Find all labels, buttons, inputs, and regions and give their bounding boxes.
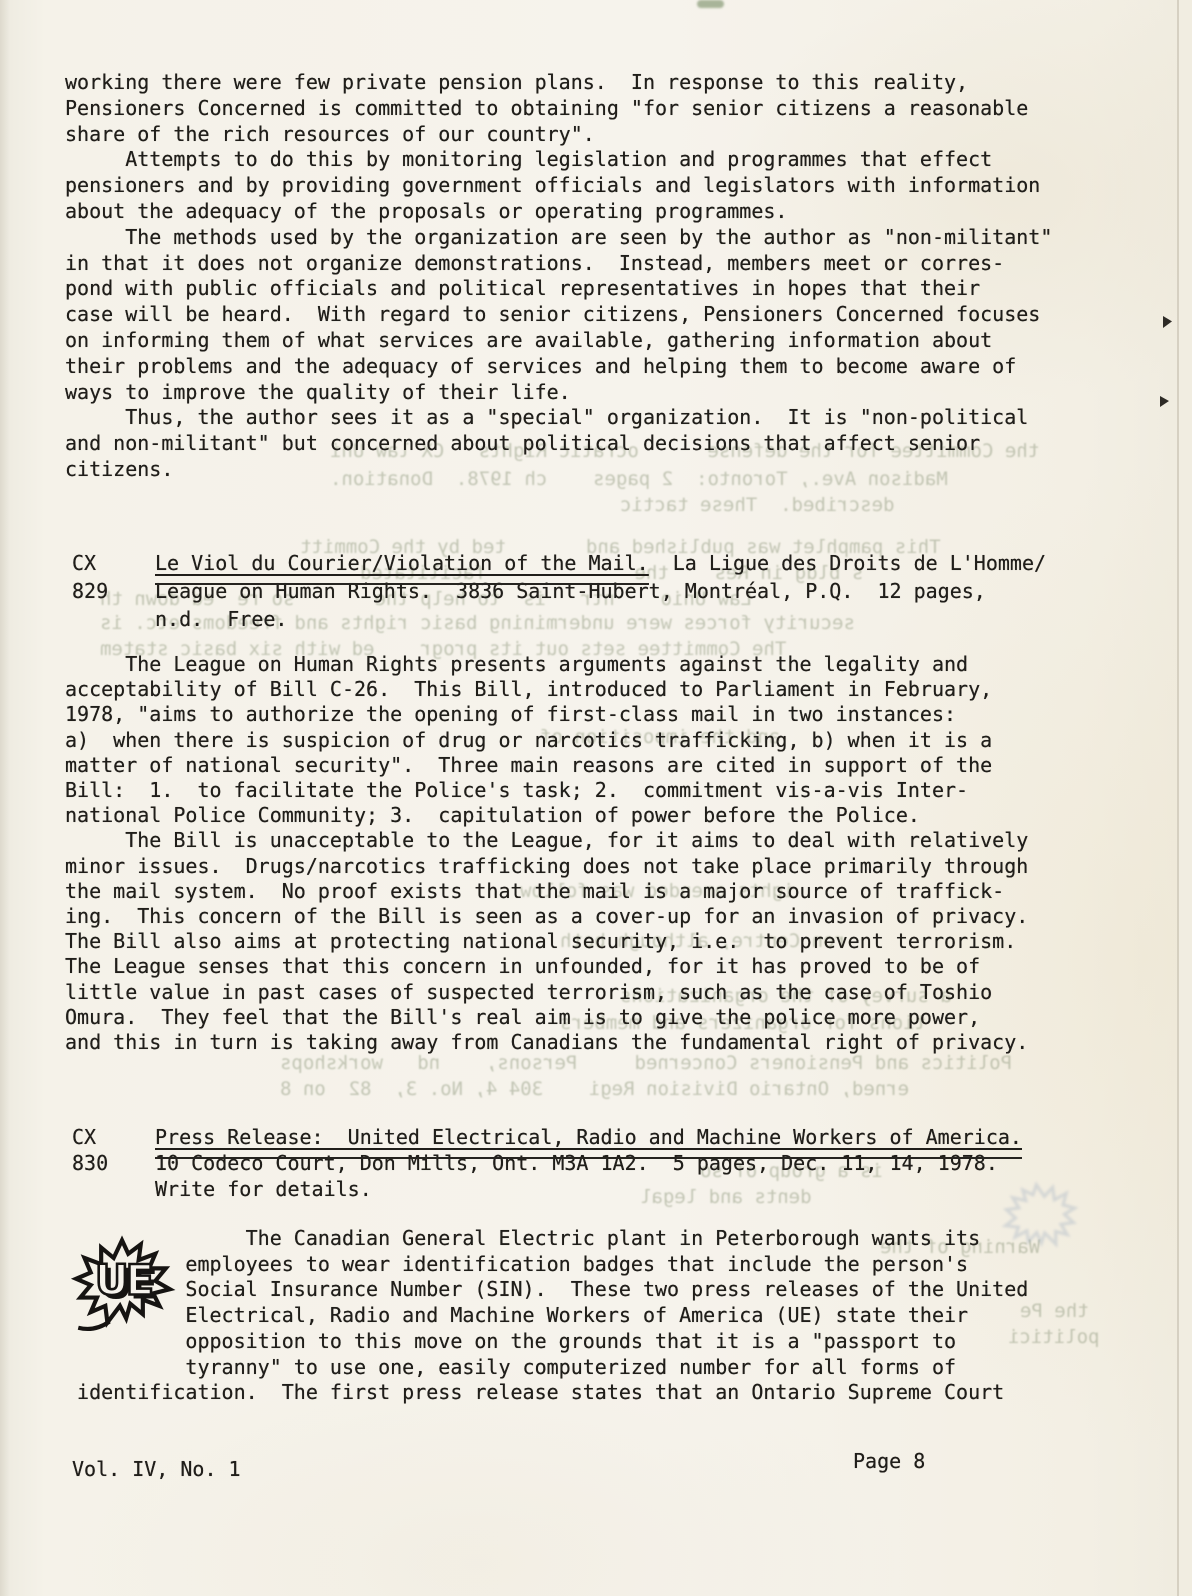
text-line: Bill: 1. to facilitate the Police's task… xyxy=(65,778,1028,803)
intro-paragraphs: working there were few private pension p… xyxy=(65,70,1052,483)
text-line: and non-militant" but concerned about po… xyxy=(65,431,1052,457)
page-right-margin xyxy=(1179,0,1192,1596)
bleedthrough-text: erned, Ontario Division Regi 304 4, No. … xyxy=(280,1078,909,1100)
cx-label: CX xyxy=(72,1124,108,1150)
text-line: The Bill also aims at protecting nationa… xyxy=(65,929,1028,954)
entry-cx829-description: The League on Human Rights presents argu… xyxy=(65,652,1028,1055)
text-line: and this in turn is taking away from Can… xyxy=(65,1030,1028,1055)
bleedthrough-text: the Pe xyxy=(1020,1300,1089,1322)
cx-number: 829 xyxy=(72,577,108,605)
cx-number: 830 xyxy=(72,1150,108,1176)
text-line: ing. This concern of the Bill is seen as… xyxy=(65,904,1028,929)
entry-title: Press Release: United Electrical, Radio … xyxy=(155,1125,1022,1149)
bleedthrough-text: Politics and Pensioners Concerned Person… xyxy=(280,1052,1012,1074)
text-line: national Police Community; 3. capitulati… xyxy=(65,803,1028,828)
text-line: Thus, the author sees it as a "special" … xyxy=(65,405,1052,431)
entry-cx830-code: CX 830 xyxy=(72,1124,108,1176)
footer-page-number: Page 8 xyxy=(853,1449,925,1473)
scan-speck xyxy=(1163,316,1172,328)
text-line: a) when there is suspicion of drug or na… xyxy=(65,728,1028,753)
text-line: working there were few private pension p… xyxy=(65,70,1052,96)
entry-address-line: League on Human Rights. 3836 Saint-Huber… xyxy=(155,577,1046,605)
text-line: their problems and the adequacy of servi… xyxy=(65,354,1052,380)
bleedthrough-text: described. These tactic xyxy=(620,494,895,516)
entry-address-line: 10 Codeco Court, Don Mills, Ont. M3A 1A2… xyxy=(155,1150,1022,1176)
text-line: identification. The first press release … xyxy=(65,1380,1028,1406)
entry-cx829-code: CX 829 xyxy=(72,549,108,605)
text-line: Pensioners Concerned is committed to obt… xyxy=(65,96,1052,122)
text-line: The Bill is unacceptable to the League, … xyxy=(65,828,1028,853)
text-line: Attempts to do this by monitoring legisl… xyxy=(65,147,1052,173)
entry-title-line: Le Viol du Courier/Violation of the Mail… xyxy=(155,549,1046,577)
text-line: pensioners and by providing government o… xyxy=(65,173,1052,199)
text-line: The League on Human Rights presents argu… xyxy=(65,652,1028,677)
entry-cx829-heading: Le Viol du Courier/Violation of the Mail… xyxy=(155,549,1046,633)
text-line: about the adequacy of the proposals or o… xyxy=(65,199,1052,225)
text-line: in that it does not organize demonstrati… xyxy=(65,251,1052,277)
text-line: pond with public officials and political… xyxy=(65,276,1052,302)
text-line: The methods used by the organization are… xyxy=(65,225,1052,251)
text-line: opposition to this move on the grounds t… xyxy=(65,1329,1028,1355)
footer-volume: Vol. IV, No. 1 xyxy=(72,1457,241,1481)
text-line: citizens. xyxy=(65,457,1052,483)
text-line: ways to improve the quality of their lif… xyxy=(65,380,1052,406)
text-line: the mail system. No proof exists that th… xyxy=(65,879,1028,904)
text-line: employees to wear identification badges … xyxy=(65,1252,1028,1278)
text-line: Social Insurance Number (SIN). These two… xyxy=(65,1277,1028,1303)
text-line: The Canadian General Electric plant in P… xyxy=(65,1226,1028,1252)
text-line: Electrical, Radio and Machine Workers of… xyxy=(65,1303,1028,1329)
ue-letters: UE xyxy=(95,1255,152,1304)
text-line: Omura. They feel that the Bill's real ai… xyxy=(65,1005,1028,1030)
green-ink-smudge xyxy=(697,0,724,8)
scan-speck xyxy=(1160,396,1169,407)
text-line: matter of national security". Three main… xyxy=(65,753,1028,778)
text-line: 1978, "aims to authorize the opening of … xyxy=(65,702,1028,727)
ue-union-logo: UE UE xyxy=(64,1234,180,1334)
maple-leaf-stem xyxy=(78,1322,109,1329)
text-line: minor issues. Drugs/narcotics traffickin… xyxy=(65,854,1028,879)
cx-label: CX xyxy=(72,549,108,577)
entry-cx830-heading: Press Release: United Electrical, Radio … xyxy=(155,1124,1022,1202)
text-line: acceptability of Bill C-26. This Bill, i… xyxy=(65,677,1028,702)
page-edge-line xyxy=(1177,0,1179,1596)
entry-note-line: Write for details. xyxy=(155,1176,1022,1202)
text-line: tyranny" to use one, easily computerized… xyxy=(65,1355,1028,1381)
entry-title-line: Press Release: United Electrical, Radio … xyxy=(155,1124,1022,1150)
text-line: little value in past cases of suspected … xyxy=(65,980,1028,1005)
text-line: case will be heard. With regard to senio… xyxy=(65,302,1052,328)
entry-cx830-description: The Canadian General Electric plant in P… xyxy=(65,1226,1028,1406)
text-line: on informing them of what services are a… xyxy=(65,328,1052,354)
document-page: the Committee for the defense ocratic Ri… xyxy=(0,0,1192,1596)
entry-price-line: n.d. Free. xyxy=(155,605,1046,633)
text-line: The League senses that this concern in u… xyxy=(65,954,1028,979)
entry-publisher: La Ligue des Droits de L'Homme/ xyxy=(649,551,1046,575)
entry-title: Le Viol du Courier/Violation of the Mail… xyxy=(155,551,649,575)
text-line: share of the rich resources of our count… xyxy=(65,122,1052,148)
